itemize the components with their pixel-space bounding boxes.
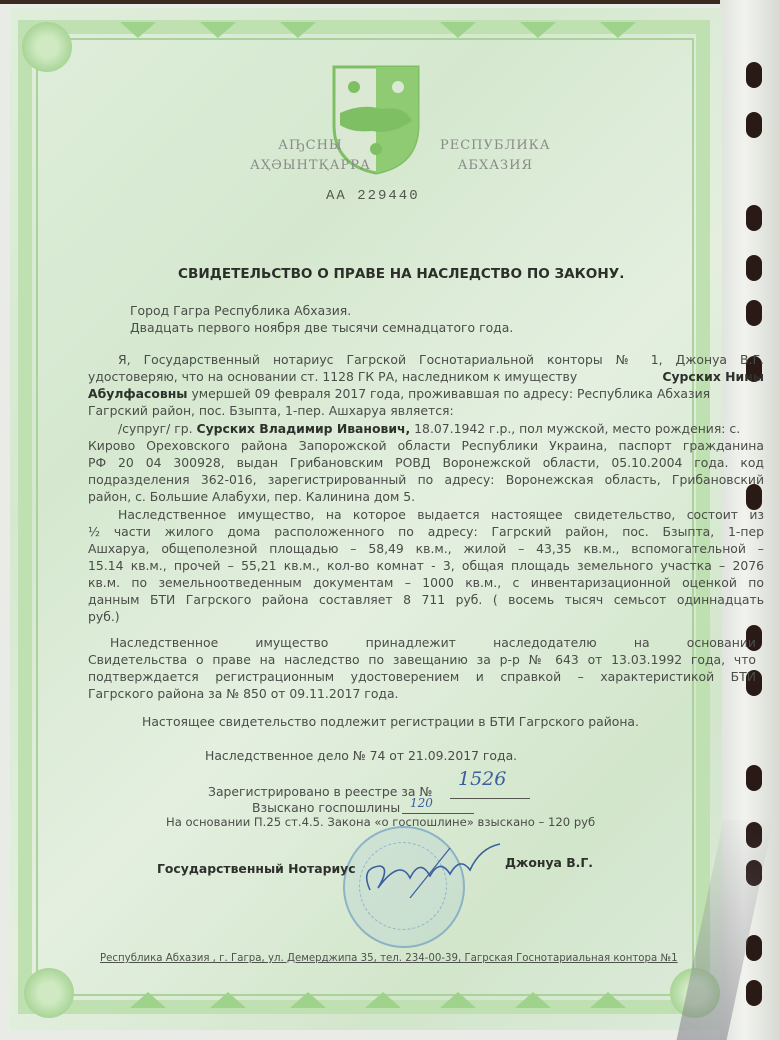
paragraph2-text: 18.07.1942 г.р., пол мужской, место рожд…: [410, 421, 740, 436]
paragraph4-line: Гагрского района за № 850 от 09.11.2017 …: [88, 685, 399, 702]
paragraph3-line: 15.14 кв.м., прочей – 55,21 кв.м., кол-в…: [88, 557, 764, 574]
paragraph3-line: Ашхаруа, общеполезной площадью – 58,49 к…: [88, 540, 764, 557]
date-line: Двадцать первого ноября две тысячи семна…: [130, 319, 513, 336]
paragraph2-line: /супруг/ гр. Сурских Владимир Иванович, …: [118, 420, 740, 437]
paragraph4-line: Наследственное имущество принадлежит нас…: [110, 634, 756, 651]
footer-address: Республика Абхазия , г. Гагра, ул. Демер…: [100, 953, 678, 964]
paragraph1-text: умершей 09 февраля 2017 года, проживавша…: [188, 386, 711, 401]
paragraph2-text: /супруг/ гр.: [118, 421, 197, 436]
paragraph1-line: Гагрский район, пос. Бзыпта, 1-пер. Ашха…: [88, 402, 454, 419]
paragraph4-line: подтверждается регистрационным удостовер…: [88, 668, 756, 685]
heir-name: Сурских Владимир Иванович,: [197, 421, 411, 436]
fee-handwritten: 120: [410, 796, 433, 810]
paragraph1-line: удостоверяю, что на основании ст. 1128 Г…: [88, 368, 764, 385]
paragraph3-line: Наследственное имущество, на которое выд…: [118, 506, 764, 523]
certificate-document: АҦСНЫ АҲӘЫНТҚАРРА РЕСПУБЛИКА АБХАЗИЯ АА …: [0, 0, 780, 1040]
paragraph3-line: ½ части жилого дома расположенного по ад…: [88, 523, 764, 540]
inheritance-case-line: Наследственное дело № 74 от 21.09.2017 г…: [205, 747, 517, 764]
paragraph1-line: Абулфасовны умершей 09 февраля 2017 года…: [88, 385, 710, 402]
emblem-caption-abkhaz: АҦСНЫ АҲӘЫНТҚАРРА: [250, 136, 371, 176]
fee-basis-line: На основании П.25 ст.4.5. Закона «о госп…: [166, 814, 595, 831]
paragraph2-line: Кирово Ореховского района Запорожской об…: [88, 437, 764, 454]
notary-signature: [350, 838, 520, 898]
emblem-caption-line: АҦСНЫ: [250, 136, 371, 156]
paragraph3-line: кв.м. по земельноотведенным документам –…: [88, 574, 764, 591]
paragraph2-line: подразделения 362-016, зарегистрированны…: [88, 471, 764, 488]
notary-role-label: Государственный Нотариус: [157, 860, 356, 877]
serial-number: АА 229440: [326, 188, 420, 204]
paragraph3-line: данным БТИ Гагрского района составляет 8…: [88, 591, 764, 608]
emblem-caption-line: АҲӘЫНТҚАРРА: [250, 156, 371, 176]
paragraph4-line: Свидетельства о праве на наследство по з…: [88, 651, 756, 668]
paragraph1-line: Я, Государственный нотариус Гагрской Гос…: [118, 351, 764, 368]
paragraph3-line: руб.): [88, 608, 120, 625]
notary-name: Джонуа В.Г.: [505, 854, 593, 871]
place-line: Город Гагра Республика Абхазия.: [130, 302, 351, 319]
paragraph1-text: удостоверяю, что на основании ст. 1128 Г…: [88, 369, 577, 384]
deceased-name: Сурских Нины: [662, 368, 764, 385]
emblem-caption-line: РЕСПУБЛИКА: [440, 136, 551, 156]
registration-note: Настоящее свидетельство подлежит регистр…: [142, 713, 639, 730]
paragraph2-line: район, с. Большие Алабухи, пер. Калинина…: [88, 488, 415, 505]
paragraph2-line: РФ 20 04 300928, выдан Грибановским РОВД…: [88, 454, 764, 471]
deceased-patronymic: Абулфасовны: [88, 386, 188, 401]
emblem-caption-russian: РЕСПУБЛИКА АБХАЗИЯ: [440, 136, 551, 176]
registry-label: Зарегистрировано в реестре за №: [208, 783, 432, 800]
document-title: СВИДЕТЕЛЬСТВО О ПРАВЕ НА НАСЛЕДСТВО ПО З…: [178, 266, 624, 282]
emblem-caption-line: АБХАЗИЯ: [440, 156, 551, 176]
registry-number-underline: [450, 798, 530, 799]
registry-number-handwritten: 1526: [458, 768, 506, 790]
